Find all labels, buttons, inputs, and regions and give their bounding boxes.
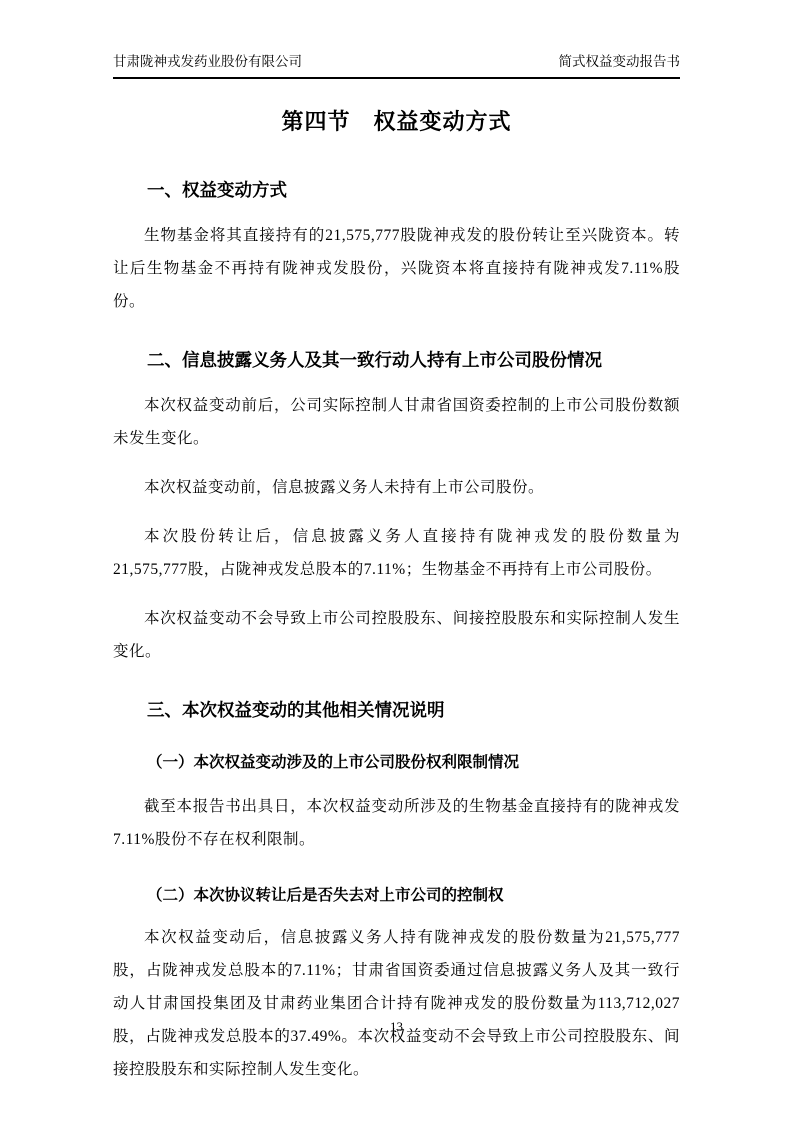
section-1-paragraph-1: 生物基金将其直接持有的21,575,777股陇神戎发的股份转让至兴陇资本。转让后… <box>113 219 680 318</box>
section-2-paragraph-2: 本次权益变动前，信息披露义务人未持有上市公司股份。 <box>113 471 680 504</box>
section-3-subsection-1-heading: （一）本次权益变动涉及的上市公司股份权利限制情况 <box>113 752 680 774</box>
document-page: 甘肃陇神戎发药业股份有限公司 简式权益变动报告书 第四节 权益变动方式 一、权益… <box>0 0 793 1122</box>
section-3-subsection-1-paragraph-1: 截至本报告书出具日，本次权益变动所涉及的生物基金直接持有的陇神戎发7.11%股份… <box>113 790 680 856</box>
section-2-heading: 二、信息披露义务人及其一致行动人持有上市公司股份情况 <box>113 348 680 373</box>
header-company-name: 甘肃陇神戎发药业股份有限公司 <box>113 50 302 70</box>
chapter-title: 第四节 权益变动方式 <box>113 105 680 136</box>
page-header: 甘肃陇神戎发药业股份有限公司 简式权益变动报告书 <box>113 50 680 79</box>
section-2-paragraph-1: 本次权益变动前后，公司实际控制人甘肃省国资委控制的上市公司股份数额未发生变化。 <box>113 389 680 455</box>
section-3-heading: 三、本次权益变动的其他相关情况说明 <box>113 698 680 723</box>
header-report-title: 简式权益变动报告书 <box>559 50 681 70</box>
section-1-heading: 一、权益变动方式 <box>113 178 680 203</box>
page-number: 13 <box>0 1019 793 1035</box>
section-3-subsection-2-paragraph-1: 本次权益变动后，信息披露义务人持有陇神戎发的股份数量为21,575,777股，占… <box>113 921 680 1086</box>
section-3-subsection-2-heading: （二）本次协议转让后是否失去对上市公司的控制权 <box>113 885 680 907</box>
section-2-paragraph-3: 本次股份转让后，信息披露义务人直接持有陇神戎发的股份数量为21,575,777股… <box>113 520 680 586</box>
section-2-paragraph-4: 本次权益变动不会导致上市公司控股股东、间接控股股东和实际控制人发生变化。 <box>113 602 680 668</box>
